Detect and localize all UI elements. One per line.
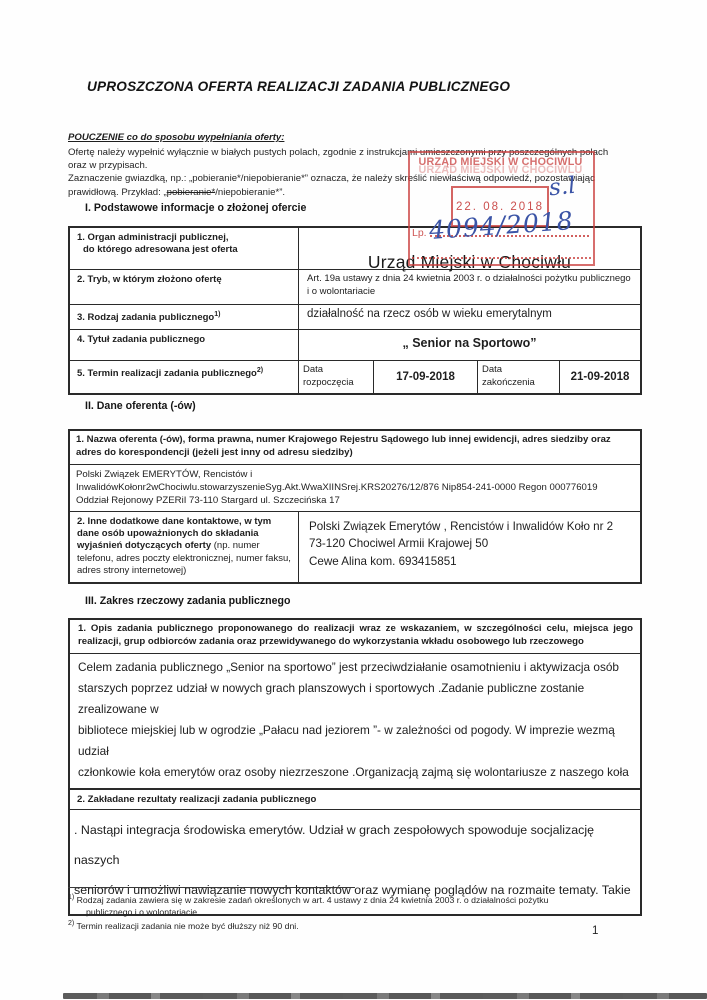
end-date-value: 21-09-2018 [559, 361, 640, 393]
table-row-tytul: 4. Tytuł zadania publicznego „ Senior na… [70, 329, 640, 360]
offeror-name-value: Polski Związek EMERYTÓW, Rencistów i Inw… [70, 465, 640, 512]
row-label: 2. Tryb, w którym złożono ofertę [70, 270, 299, 304]
start-date-label: Data rozpoczęcia [299, 361, 373, 393]
scan-edge-artifact [63, 993, 707, 999]
footnote-ref-2: 2) [257, 367, 263, 374]
end-date-label: Data zakończenia [477, 361, 559, 393]
footnote-ref-1: 1) [214, 311, 220, 318]
expected-results-header: 2. Zakładane rezultaty realizacji zadani… [70, 790, 640, 810]
row-value: działalność na rzecz osób w wieku emeryt… [299, 305, 640, 329]
row-value: Data rozpoczęcia 17-09-2018 Data zakończ… [299, 361, 640, 393]
contact-label: 2. Inne dodatkowe dane kontaktowe, w tym… [70, 512, 299, 582]
offeror-data-table: 1. Nazwa oferenta (-ów), forma prawna, n… [68, 429, 642, 584]
row-label: 4. Tytuł zadania publicznego [70, 330, 299, 360]
struck-example-text: pobieranie* [167, 187, 216, 198]
footnotes: 1) Rodzaj zadania zawiera się w zakresie… [68, 892, 634, 932]
contact-row: 2. Inne dodatkowe dane kontaktowe, w tym… [70, 512, 640, 582]
table-row-tryb: 2. Tryb, w którym złożono ofertę Art. 19… [70, 269, 640, 304]
section-1-heading: I. Podstawowe informacje o złożonej ofer… [85, 202, 306, 214]
lp-label: Lp. [412, 227, 427, 239]
row-label: 1. Organ administracji publicznej, do kt… [70, 228, 299, 269]
table-row-termin: 5. Termin realizacji zadania publicznego… [70, 360, 640, 393]
section-2-heading: II. Dane oferenta (-ów) [85, 400, 196, 412]
footnote-1-continued: publicznego i o wolontariacie. [68, 906, 634, 918]
footnote-1: 1) Rodzaj zadania zawiera się w zakresie… [68, 892, 634, 906]
footnote-2: 2) Termin realizacji zadania nie może by… [68, 918, 634, 932]
task-description-header: 1. Opis zadania publicznego proponowaneg… [70, 620, 640, 654]
pouczenie-heading: POUCZENIE co do sposobu wypełniania ofer… [68, 132, 628, 143]
section-3-heading: III. Zakres rzeczowy zadania publicznego [85, 595, 290, 607]
table-row-rodzaj: 3. Rodzaj zadania publicznego1) działaln… [70, 304, 640, 329]
footnote-divider [68, 887, 355, 888]
start-date-value: 17-09-2018 [373, 361, 477, 393]
row-label: 3. Rodzaj zadania publicznego1) [70, 305, 299, 329]
stamp-dotted-line-2 [412, 247, 591, 259]
row-label: 5. Termin realizacji zadania publicznego… [70, 361, 299, 393]
handwritten-initials: s.l [548, 173, 577, 202]
contact-value: Polski Związek Emerytów , Rencistów i In… [299, 512, 640, 582]
row-value: Art. 19a ustawy z dnia 24 kwietnia 2003 … [299, 270, 640, 304]
offeror-name-header: 1. Nazwa oferenta (-ów), forma prawna, n… [70, 431, 640, 465]
scanned-document-page: UPROSZCZONA OFERTA REALIZACJI ZADANIA PU… [0, 0, 707, 1000]
row-value: „ Senior na Sportowo” [299, 330, 640, 360]
page-number: 1 [592, 925, 598, 937]
document-title: UPROSZCZONA OFERTA REALIZACJI ZADANIA PU… [87, 79, 510, 94]
